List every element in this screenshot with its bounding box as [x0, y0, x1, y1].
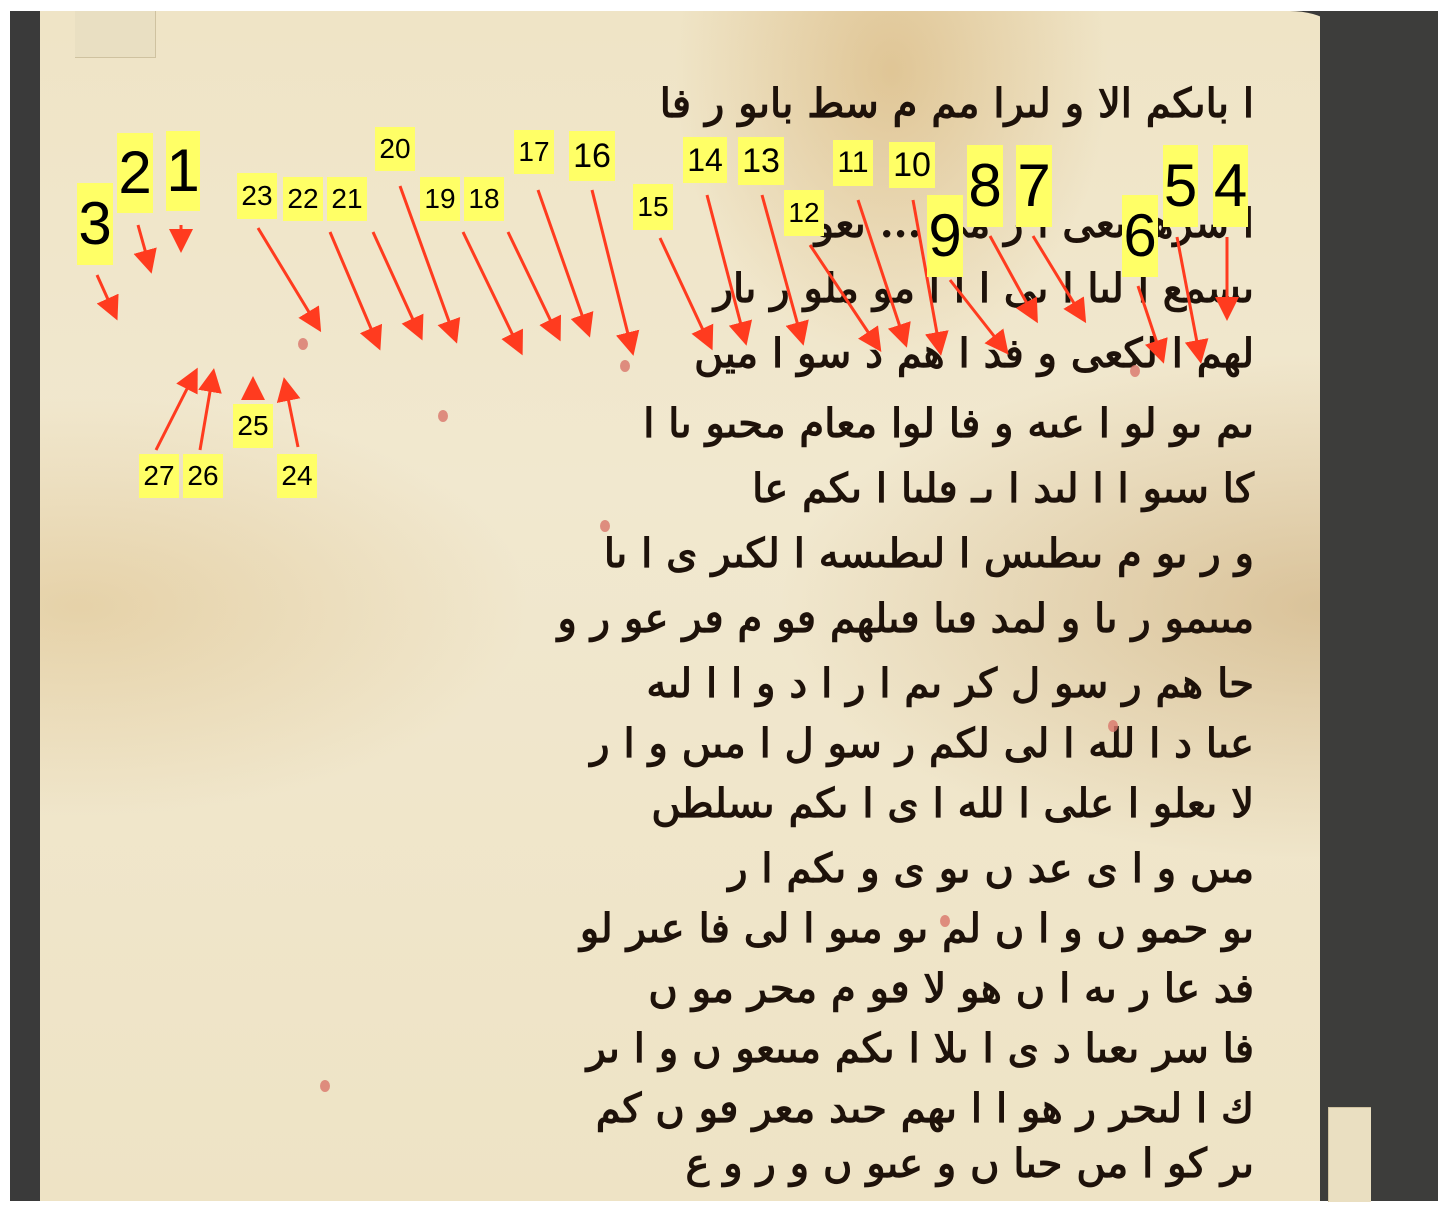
annotation-label-24: 24 — [277, 454, 317, 498]
annotation-label-20: 20 — [375, 127, 415, 171]
annotation-label-23: 23 — [237, 173, 277, 219]
annotation-label-18: 18 — [464, 177, 504, 221]
annotation-label-15: 15 — [633, 184, 673, 230]
annotation-label-17: 17 — [514, 130, 554, 174]
annotation-label-21: 21 — [327, 177, 367, 221]
annotation-label-13: 13 — [738, 137, 784, 185]
annotation-label-12: 12 — [784, 190, 824, 236]
annotation-label-7: 7 — [1016, 145, 1052, 227]
annotation-label-16: 16 — [569, 131, 615, 181]
annotation-label-26: 26 — [183, 454, 223, 498]
annotation-label-6: 6 — [1122, 195, 1158, 277]
annotation-label-5: 5 — [1163, 145, 1198, 227]
annotation-label-10: 10 — [889, 142, 935, 188]
annotation-label-8: 8 — [967, 145, 1003, 227]
annotation-label-19: 19 — [420, 177, 460, 221]
annotation-label-14: 14 — [683, 137, 727, 183]
annotation-label-4: 4 — [1213, 145, 1248, 227]
annotation-label-22: 22 — [283, 177, 323, 221]
annotation-label-25: 25 — [233, 404, 273, 448]
annotation-label-9: 9 — [927, 195, 963, 277]
annotation-label-3: 3 — [77, 183, 113, 265]
annotation-label-27: 27 — [139, 454, 179, 498]
annotation-label-1: 1 — [166, 131, 200, 211]
annotation-label-2: 2 — [117, 133, 153, 213]
annotation-label-11: 11 — [833, 140, 873, 186]
